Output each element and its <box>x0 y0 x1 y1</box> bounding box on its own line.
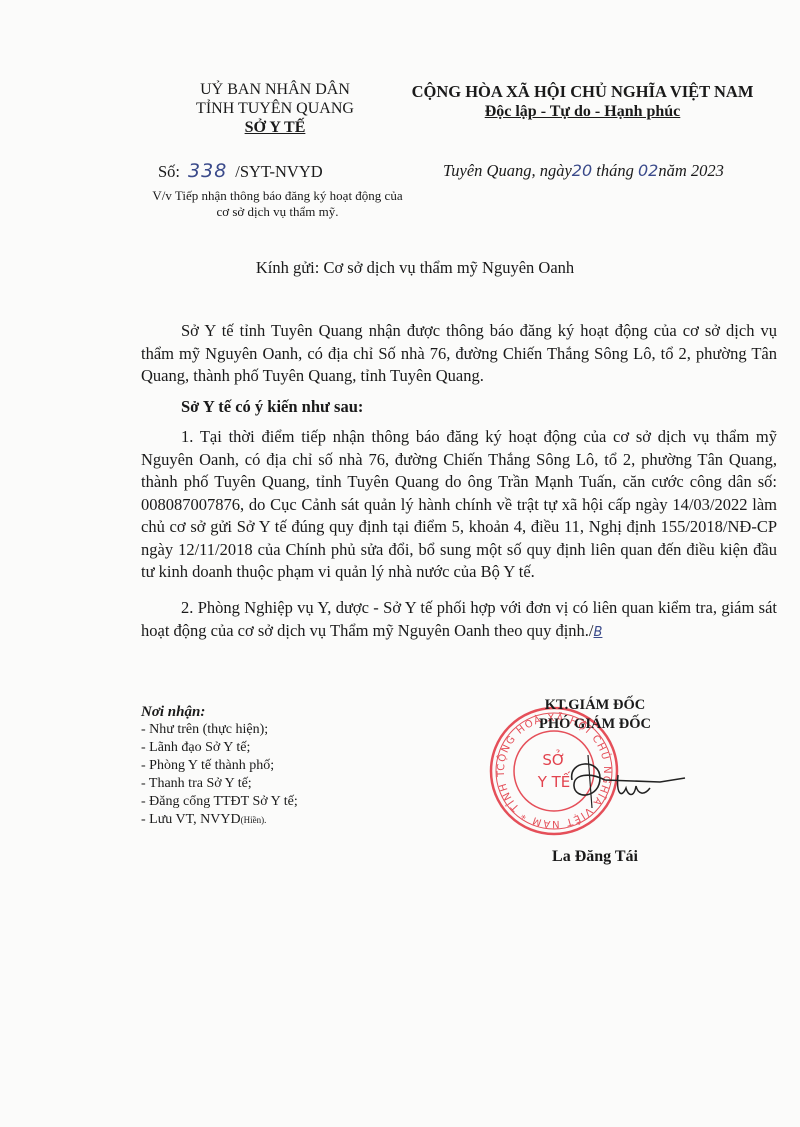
nation-name: CỘNG HÒA XÃ HỘI CHỦ NGHĨA VIỆT NAM <box>385 82 780 102</box>
document-number: Số:338/SYT-NVYD <box>158 160 323 182</box>
national-motto: Độc lập - Tự do - Hạnh phúc <box>385 102 780 122</box>
recipient-item: - Đăng cổng TTĐT Sở Y tế; <box>141 793 298 811</box>
document-number-label: Số: <box>158 162 180 181</box>
item-1-paragraph: 1. Tại thời điểm tiếp nhận thông báo đăn… <box>141 426 777 584</box>
recipient-item: - Như trên (thực hiện); <box>141 721 298 739</box>
addressee: Kính gửi: Cơ sở dịch vụ thẩm mỹ Nguyên O… <box>0 258 800 278</box>
signer-name: La Đăng Tái <box>505 848 685 866</box>
initial-mark: B <box>594 625 603 640</box>
national-header: CỘNG HÒA XÃ HỘI CHỦ NGHĨA VIỆT NAM Độc l… <box>385 82 780 122</box>
year: năm 2023 <box>658 161 724 180</box>
intro-text: Sở Y tế tỉnh Tuyên Quang nhận được thông… <box>141 320 777 388</box>
recipients-title: Nơi nhận: <box>141 703 298 721</box>
handwritten-signature-icon <box>560 750 690 810</box>
item-1-text: 1. Tại thời điểm tiếp nhận thông báo đăn… <box>141 426 777 584</box>
opinion-heading: Sở Y tế có ý kiến như sau: <box>141 396 777 419</box>
recipient-note: (Hiền). <box>241 815 267 825</box>
signature-title-block: KT.GIÁM ĐỐC PHÓ GIÁM ĐỐC <box>505 696 685 734</box>
place-date: Tuyên Quang, ngày20 tháng 02năm 2023 <box>443 161 724 181</box>
authority-line-2: TỈNH TUYÊN QUANG <box>150 99 400 118</box>
place: Tuyên Quang, ngày <box>443 161 572 180</box>
recipient-item: - Thanh tra Sở Y tế; <box>141 775 298 793</box>
date-month: 02 <box>638 161 658 180</box>
authority-line-1: UỶ BAN NHÂN DÂN <box>150 80 400 99</box>
opinion-heading-text: Sở Y tế có ý kiến như sau: <box>141 396 777 419</box>
department-name: SỞ Y TẾ <box>150 118 400 137</box>
item-2-paragraph: 2. Phòng Nghiệp vụ Y, dược - Sở Y tế phố… <box>141 597 777 644</box>
recipient-item: - Phòng Y tế thành phố; <box>141 757 298 775</box>
issuing-authority: UỶ BAN NHÂN DÂN TỈNH TUYÊN QUANG SỞ Y TẾ <box>150 80 400 137</box>
recipient-item: - Lãnh đạo Sở Y tế; <box>141 739 298 757</box>
item-2-text: 2. Phòng Nghiệp vụ Y, dược - Sở Y tế phố… <box>141 598 777 640</box>
recipient-item-text: - Lưu VT, NVYD <box>141 812 241 827</box>
month-label: tháng <box>596 161 634 180</box>
signature-title-2: PHÓ GIÁM ĐỐC <box>505 715 685 734</box>
signature-title-1: KT.GIÁM ĐỐC <box>505 696 685 715</box>
document-number-suffix: /SYT-NVYD <box>235 162 322 181</box>
recipients-list: Nơi nhận: - Như trên (thực hiện); - Lãnh… <box>141 703 298 829</box>
date-day: 20 <box>572 161 592 180</box>
intro-paragraph: Sở Y tế tỉnh Tuyên Quang nhận được thông… <box>141 320 777 388</box>
document-subject: V/v Tiếp nhận thông báo đăng ký hoạt độn… <box>150 188 405 220</box>
item-2-container: 2. Phòng Nghiệp vụ Y, dược - Sở Y tế phố… <box>141 597 777 644</box>
document-number-value: 338 <box>188 160 227 182</box>
recipient-item: - Lưu VT, NVYD(Hiền). <box>141 811 298 829</box>
